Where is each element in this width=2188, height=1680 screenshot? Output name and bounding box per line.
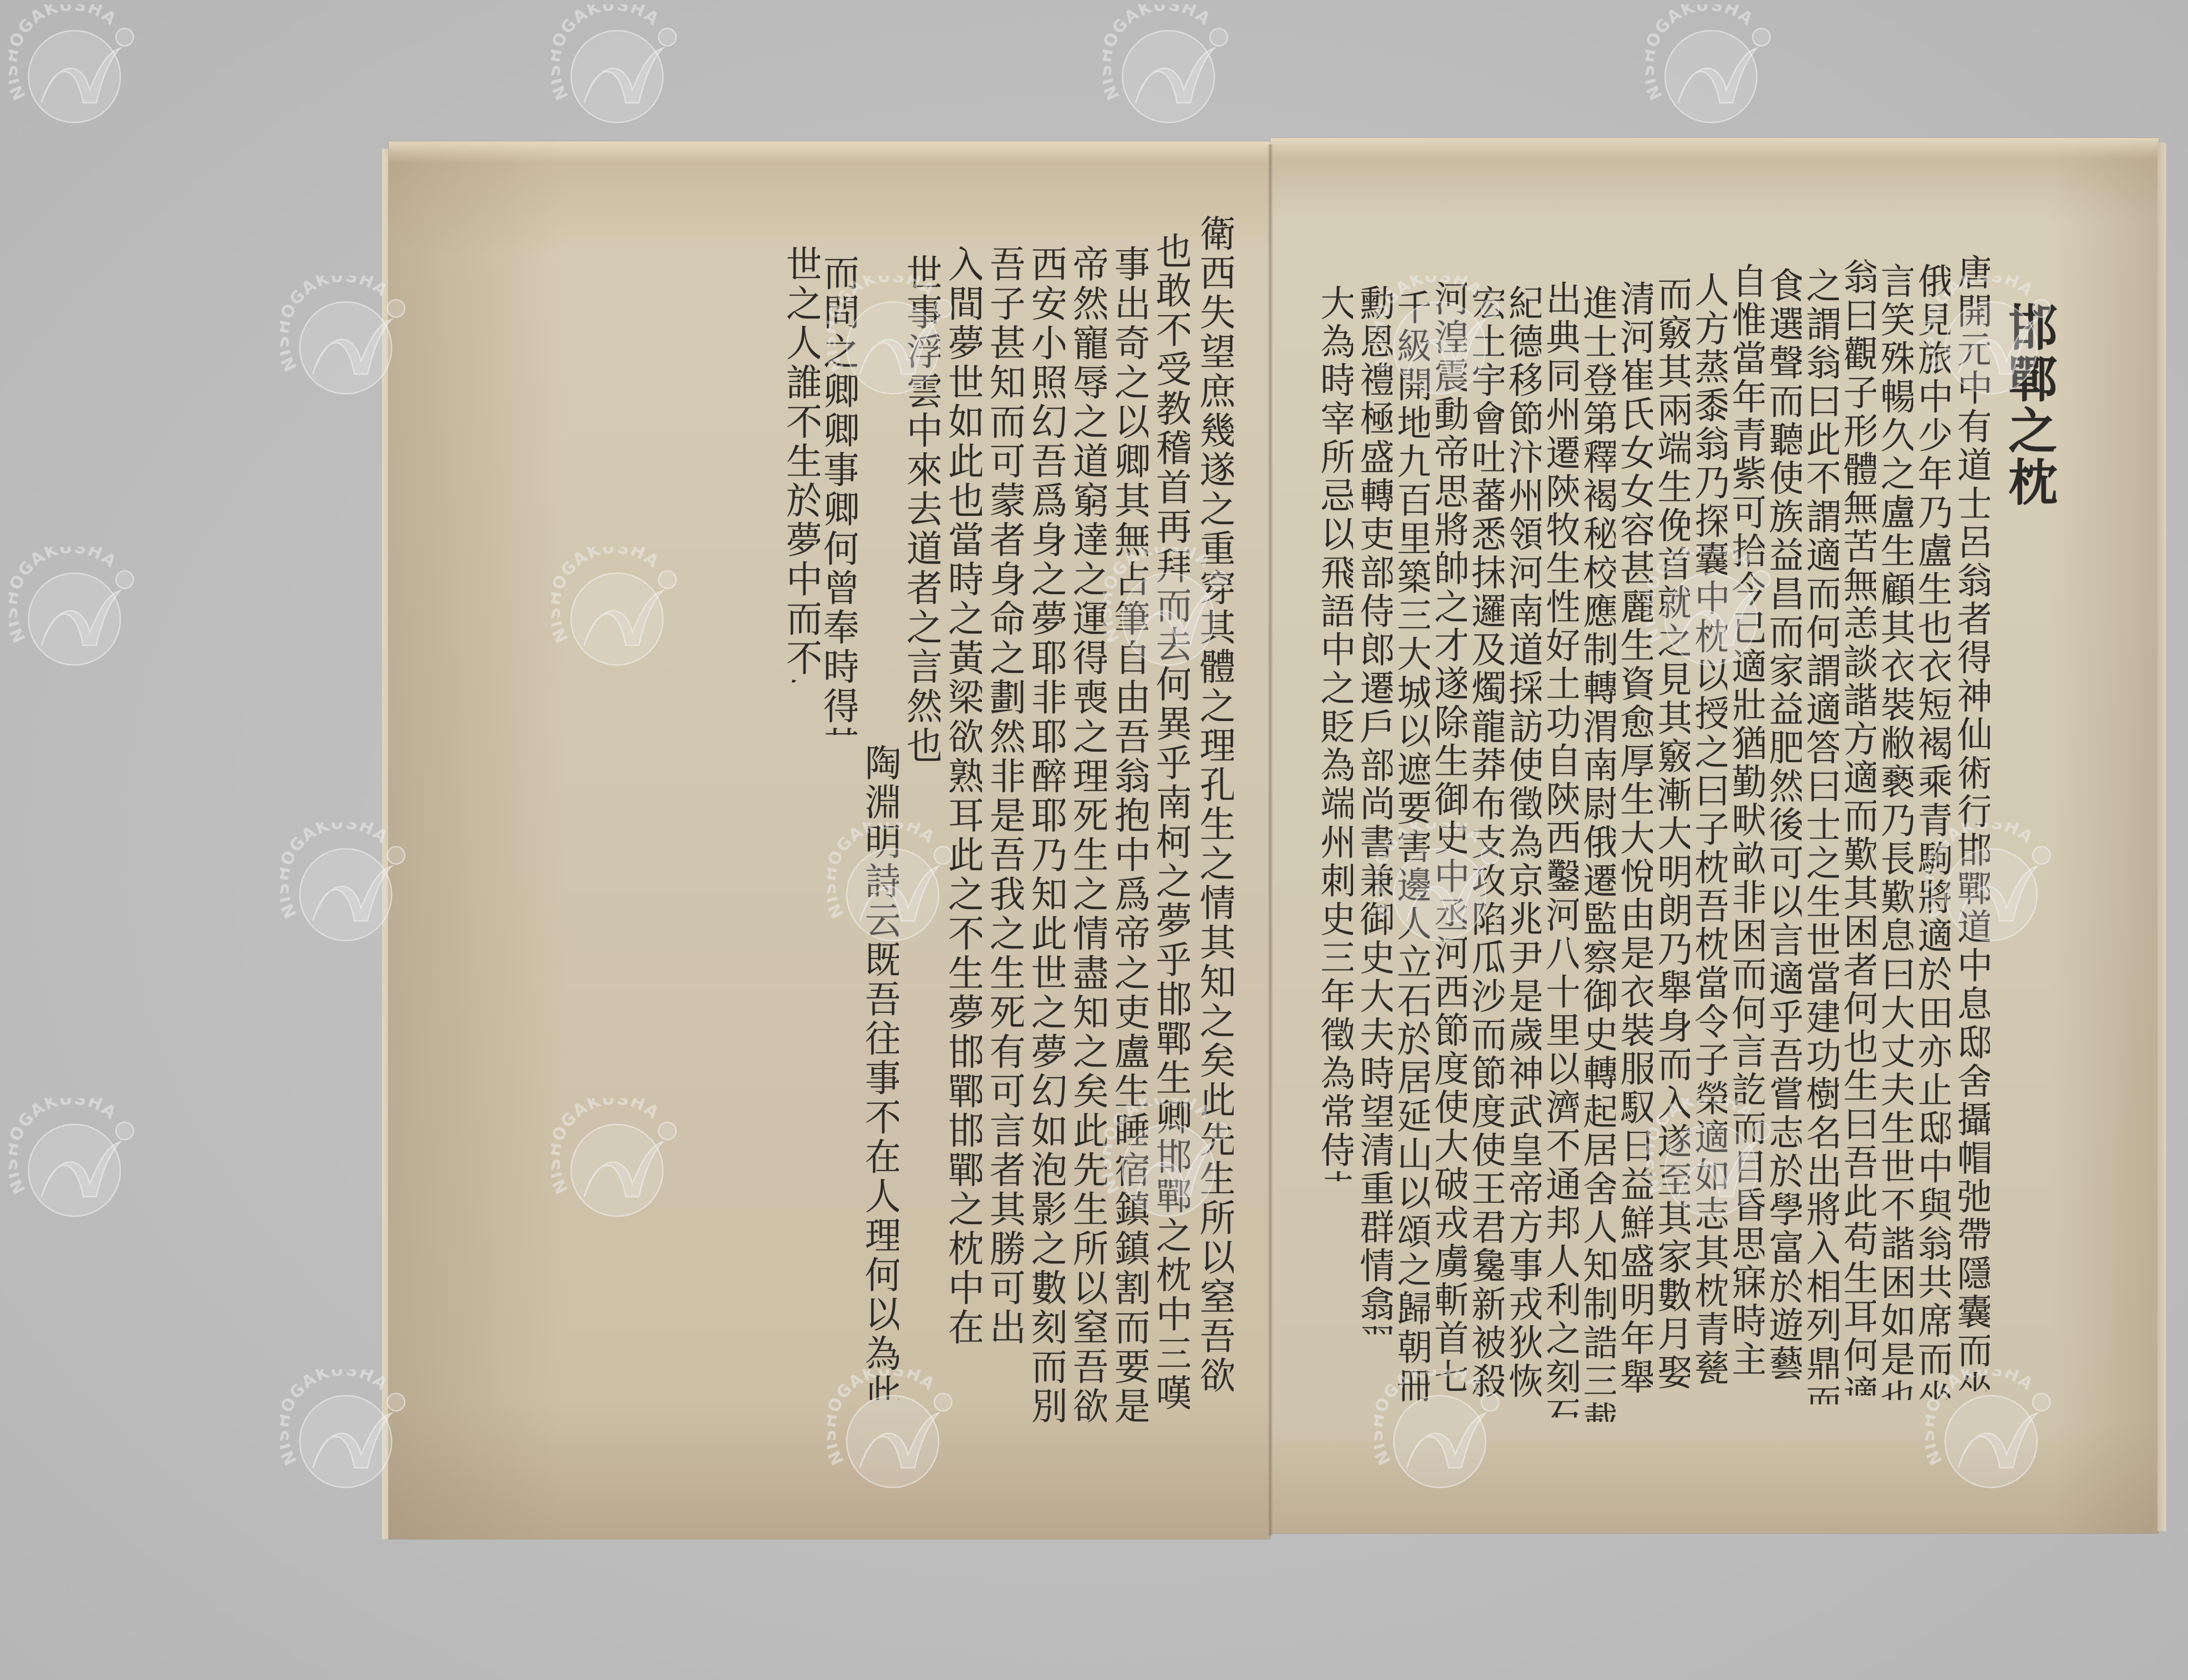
svg-text:NISHOGAKUSHA: NISHOGAKUSHA [1103, 4, 1214, 103]
watermark-text: NISHOGAKUSHA [9, 1098, 120, 1197]
svg-text:NISHOGAKUSHA: NISHOGAKUSHA [9, 547, 120, 646]
left-page-column: 西安小照幻吾爲身之夢耶非耶醉耶乃知此世之夢幻如泡影之數刻而別 [1028, 245, 1065, 1426]
left-page-column: 帝然寵辱之道窮達之運得喪之理死生之情盡知之矣此先生所以窒吾欲 [1070, 245, 1107, 1426]
svg-text:NISHOGAKUSHA: NISHOGAKUSHA [280, 1369, 392, 1468]
right-page-column: 河湟震動帝思將帥之才遂除生御史中丞河西節度使大破戎虜斬首七 [1431, 280, 1467, 1417]
watermark-text: NISHOGAKUSHA [280, 822, 392, 921]
watermark-text: NISHOGAKUSHA [280, 1369, 392, 1468]
nishogakusha-watermark: NISHOGAKUSHA [9, 1098, 140, 1229]
left-page-top-band [389, 141, 1270, 163]
right-page-column: 翁曰觀子形體無苦無恙談諧方適而歎其困者何也生曰吾此苟生耳何適 [1840, 258, 1876, 1396]
right-page-column: 唐開元中有道士呂翁者得神仙術行邯鄲道中息邸舍攝帽弛帶隱囊而坐 [1954, 254, 1990, 1391]
right-page-column: 勳恩禮極盛轉吏部侍郎遷戶部尚書兼御史大夫時望清重群情翕習 [1357, 284, 1392, 1334]
nishogakusha-watermark: NISHOGAKUSHA [9, 547, 140, 678]
left-page-column: 也敢不受教稽首再拜而去何異乎南柯之夢乎邯鄲生卿邯鄲之枕中三嘆比 [1153, 232, 1190, 1413]
nishogakusha-logo-icon: NISHOGAKUSHA [1645, 4, 1777, 136]
right-page-column: 自惟當年青紫可拾今已適壯猶勤畎畝非困而何言訖而目昏思寐時主 [1729, 262, 1764, 1400]
svg-text:NISHOGAKUSHA: NISHOGAKUSHA [1645, 4, 1757, 103]
right-page-top-band [1270, 138, 2159, 160]
left-page-column: 世事浮雲中來去道者之言然也 [904, 254, 940, 779]
nishogakusha-logo-icon: NISHOGAKUSHA [551, 4, 683, 136]
left-page-column: 世之人誰不生於夢中而不知其所以夢也 [783, 245, 820, 682]
left-page-column: 入間夢世如此也當時之黃梁欲熟耳此之不生夢邯鄲邯鄲之枕中在 [945, 245, 982, 1426]
right-page-column: 千級開地九百里築三大城以遮要害邊人立石於居延山以頌之歸朝冊 [1394, 289, 1430, 1426]
left-page-column: 陶淵明詩云既吾往事不在人理何以為此 [862, 744, 899, 1400]
nishogakusha-watermark: NISHOGAKUSHA [1645, 4, 1777, 136]
nishogakusha-watermark: NISHOGAKUSHA [9, 4, 140, 136]
svg-text:NISHOGAKUSHA: NISHOGAKUSHA [9, 1098, 120, 1197]
right-page-column: 之謂翁曰此不謂適而何謂適答曰士之生世當建功樹名出將入相列鼎而 [1803, 267, 1839, 1404]
nishogakusha-logo-icon: NISHOGAKUSHA [9, 1098, 140, 1229]
right-page-column: 俄見旅中少年乃盧生也衣短褐乘青駒將適於田亦止邸中與翁共席而坐 [1914, 262, 1950, 1400]
watermark-text: NISHOGAKUSHA [1103, 4, 1214, 103]
nishogakusha-watermark: NISHOGAKUSHA [1103, 4, 1234, 136]
watermark-text: NISHOGAKUSHA [9, 4, 120, 103]
right-page-title: 邯鄲之枕 [2004, 302, 2053, 508]
left-page-column: 事出奇之以卿其無占筆自由吾翁抱中爲帝之吏盧生睡宿鎮鎮割而要是 [1112, 245, 1148, 1426]
right-page-column: 宏土宇會吐蕃悉抹邏及燭龍莽布支攻陷瓜沙而節度使王君毚新被殺 [1468, 284, 1504, 1422]
book-gutter [1268, 144, 1273, 1536]
nishogakusha-logo-icon: NISHOGAKUSHA [1103, 4, 1234, 136]
right-page-column: 進士登第釋褐秘校應制轉渭南尉俄遷監察御史轉起居舍人知制誥三載 [1580, 284, 1616, 1422]
svg-text:NISHOGAKUSHA: NISHOGAKUSHA [551, 4, 663, 103]
right-page-column: 人方蒸黍翁乃探囊中枕以授之曰子枕吾枕當令子榮適如志其枕青甆 [1691, 271, 1727, 1409]
watermark-text: NISHOGAKUSHA [280, 276, 392, 374]
left-page-column: 衛西失望庶幾遂之重穿其體之理孔生之情其知之矣此先生所以窒吾欲 [1197, 214, 1234, 1396]
right-page-column: 紀德移節汴州領河南道採訪使徵為京兆尹是歲神武皇帝方事戎狄恢 [1505, 284, 1541, 1422]
svg-text:NISHOGAKUSHA: NISHOGAKUSHA [280, 276, 392, 374]
nishogakusha-logo-icon: NISHOGAKUSHA [9, 547, 140, 678]
left-page-column: 而問之卿卿事卿何曾奉時得其所之曲故 [820, 254, 857, 735]
nishogakusha-logo-icon: NISHOGAKUSHA [9, 4, 140, 136]
left-page-column: 吾子甚知而可蒙者身命之劃然非是吾我之生死有可言者其勝可出 [987, 245, 1024, 1426]
watermark-text: NISHOGAKUSHA [9, 547, 120, 646]
watermark-text: NISHOGAKUSHA [551, 4, 663, 103]
svg-text:NISHOGAKUSHA: NISHOGAKUSHA [280, 822, 392, 921]
right-page-column: 食選聲而聽使族益昌而家益肥然後可以言適乎吾嘗志於學富於遊藝 [1766, 267, 1802, 1404]
left-page-fore-edge [382, 149, 389, 1539]
right-page-column: 出典同州遷陝牧生性好土功自陝西鑿河八十里以濟不通邦人利之刻石 [1543, 280, 1578, 1417]
right-page-column: 大為時宰所忌以飛語中之貶為端州刺史三年徵為常侍未幾同中書門下 [1317, 284, 1353, 1181]
right-page-column: 而竅其兩端生俛首就之見其竅漸大明朗乃舉身而入遂至其家數月娶 [1654, 276, 1690, 1413]
right-page-column: 清河崔氏女女容甚麗生資愈厚生大悅由是衣裝服馭日益鮮盛明年舉 [1617, 280, 1653, 1417]
right-page-fore-edge [2157, 142, 2166, 1531]
svg-text:NISHOGAKUSHA: NISHOGAKUSHA [9, 4, 120, 103]
watermark-text: NISHOGAKUSHA [1645, 4, 1757, 103]
right-page-column: 言笑殊暢久之盧生顧其衣裝敝褻乃長歎息曰大丈夫生世不諧困如是也 [1877, 262, 1913, 1400]
nishogakusha-watermark: NISHOGAKUSHA [551, 4, 683, 136]
